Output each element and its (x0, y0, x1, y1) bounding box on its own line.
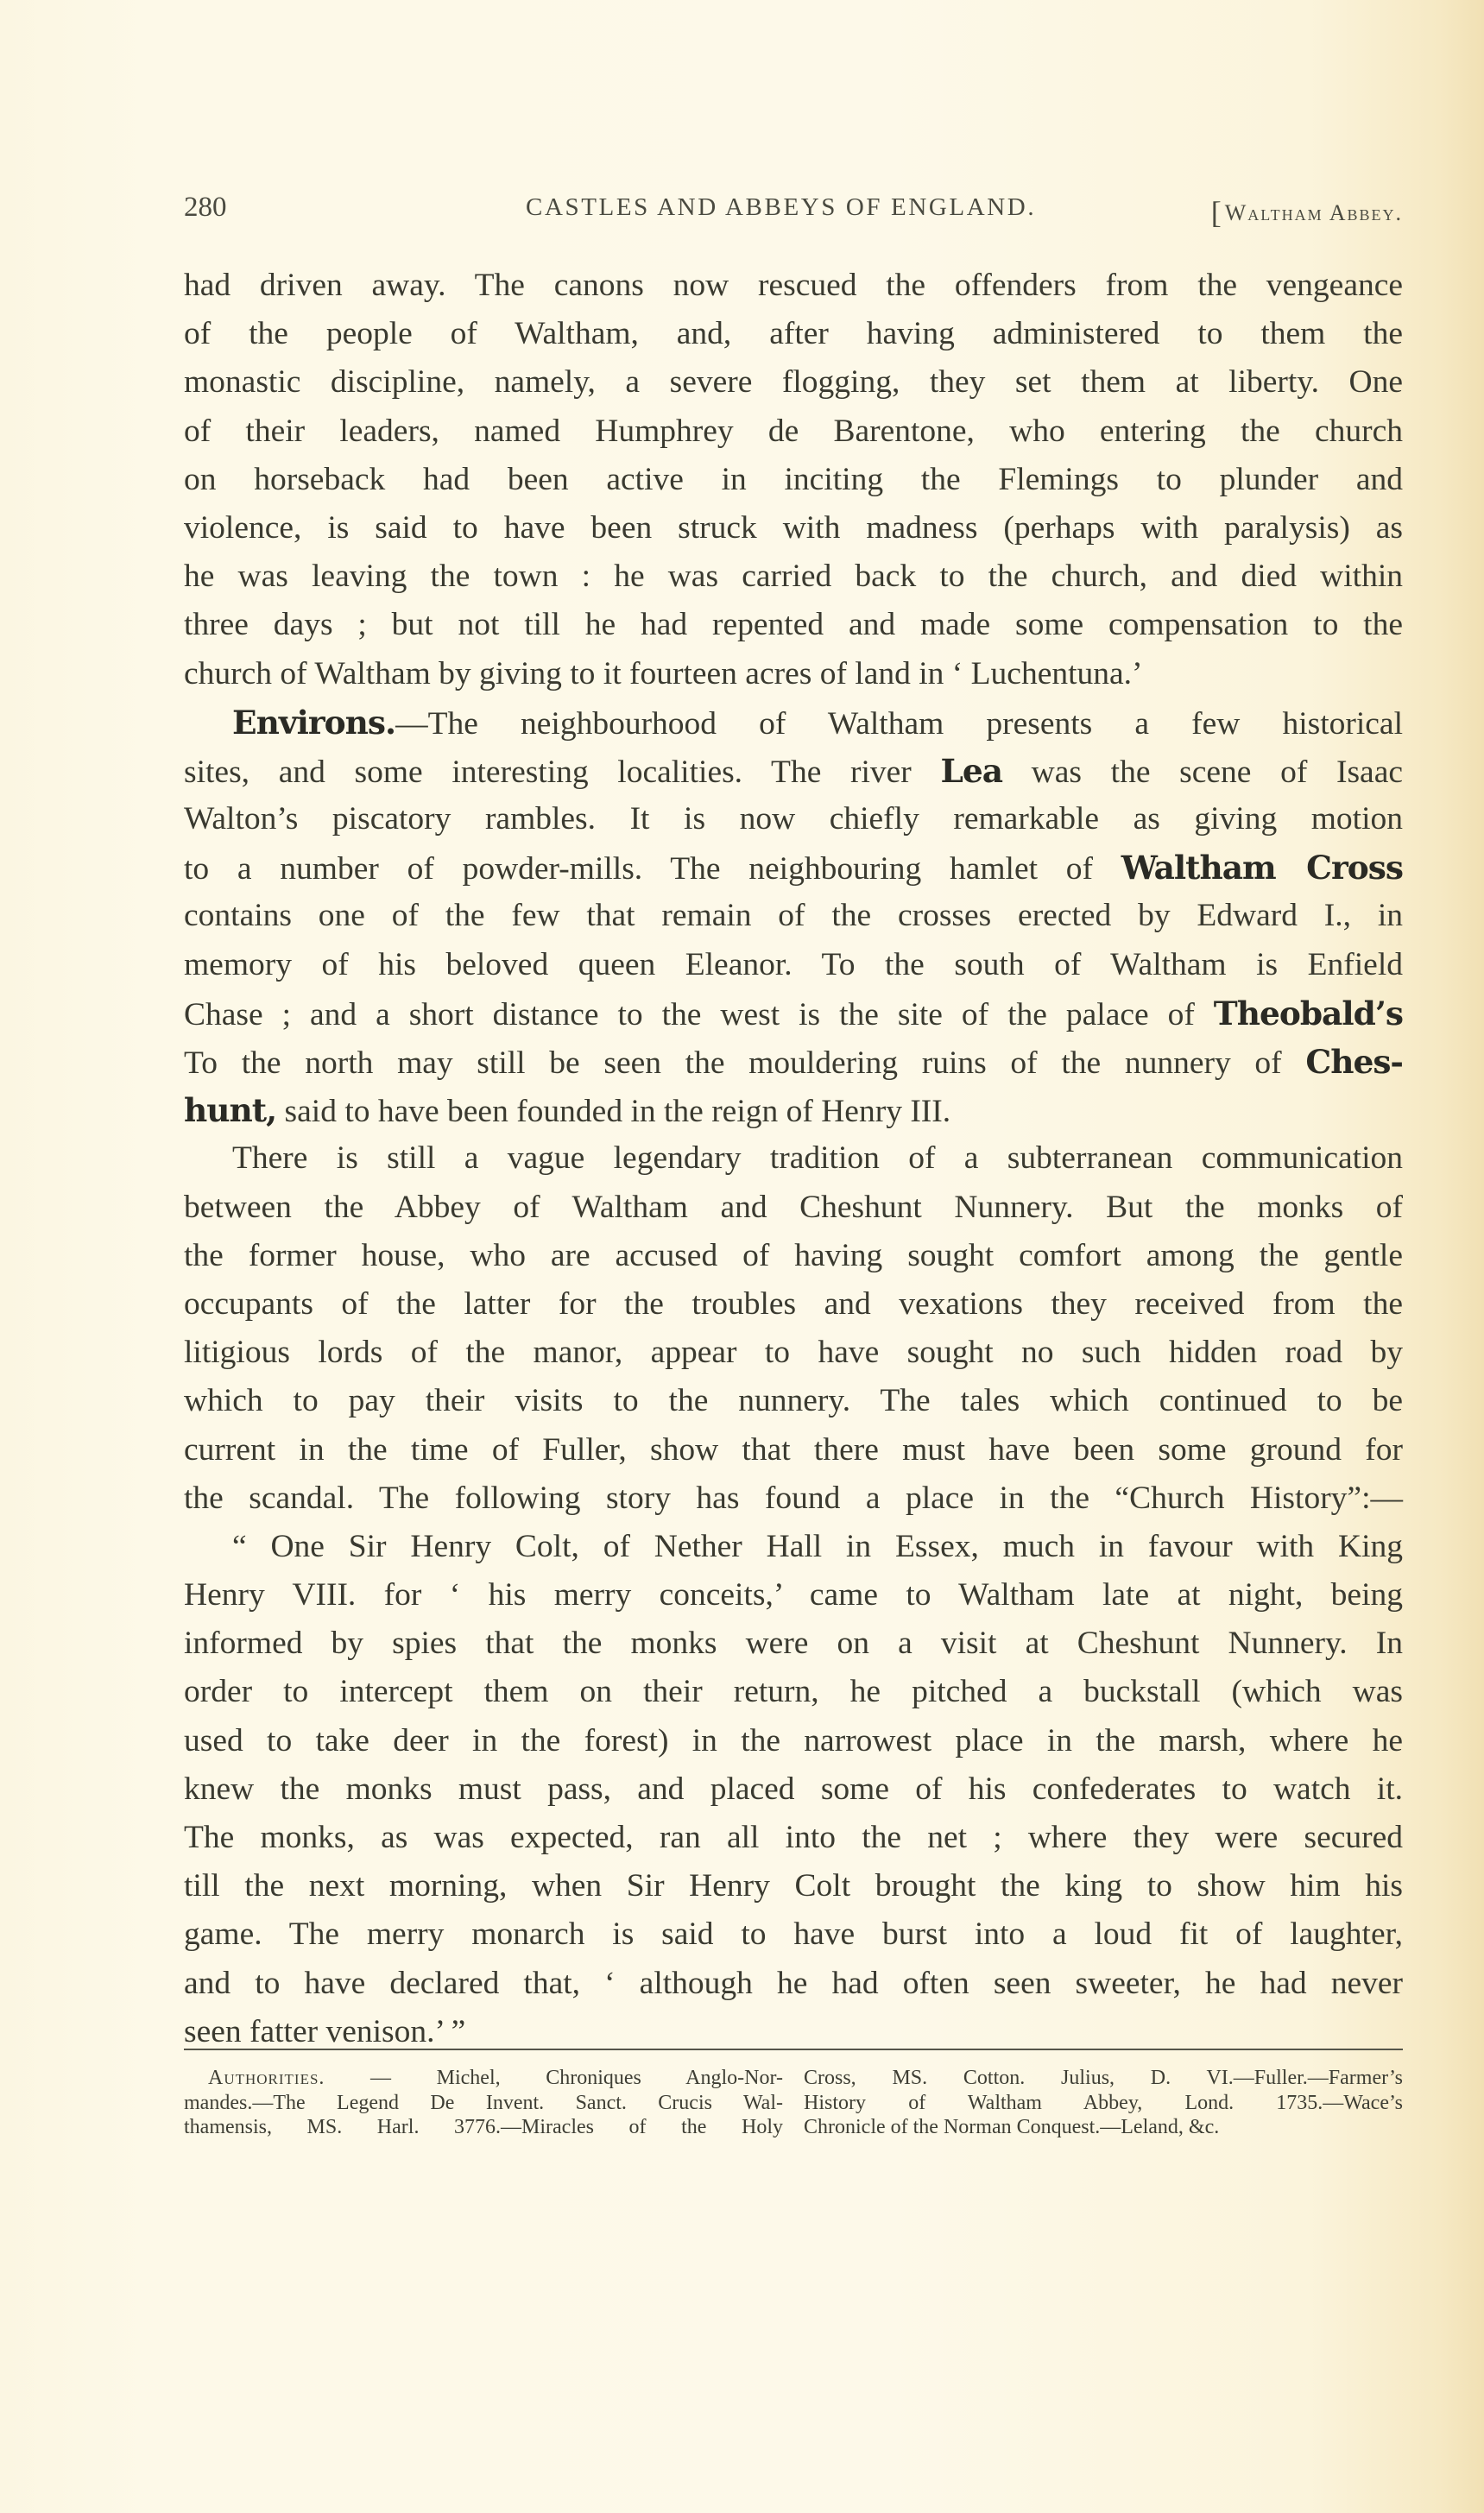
text-line: church of Waltham by giving to it fourte… (184, 650, 1403, 698)
text-line: the scandal. The following story has fou… (184, 1474, 1403, 1523)
text-line: of the people of Waltham, and, after hav… (184, 310, 1403, 358)
quote-line: informed by spies that the monks were on… (184, 1620, 1403, 1668)
text-line: between the Abbey of Waltham and Cheshun… (184, 1184, 1403, 1232)
text-line: occupants of the latter for the troubles… (184, 1280, 1403, 1329)
place-cheshunt-cont: hunt, (184, 1091, 276, 1129)
place-lea: Lea (940, 752, 1002, 790)
environs-line: hunt, said to have been founded in the r… (184, 1086, 1403, 1134)
environs-line: to a number of powder-mills. The neighbo… (184, 843, 1403, 892)
page-number: 280 (184, 192, 227, 224)
text-line: litigious lords of the manor, appear to … (184, 1329, 1403, 1377)
footnote-authorities: Authorities. — Michel, Chroniques Anglo-… (184, 2066, 1403, 2140)
footnote-line: Authorities. — Michel, Chroniques Anglo-… (184, 2066, 783, 2091)
quote-line: order to intercept them on their return,… (184, 1668, 1403, 1716)
place-waltham-cross: Waltham Cross (1121, 849, 1403, 887)
quote-line: used to take deer in the forest) in the … (184, 1717, 1403, 1765)
environs-line: Environs.—The neighbourhood of Waltham p… (184, 698, 1403, 747)
section-title: [Waltham Abbey. (1211, 192, 1403, 228)
environs-line: contains one of the few that remain of t… (184, 892, 1403, 940)
environs-line: Chase ; and a short distance to the west… (184, 989, 1403, 1038)
environs-line: Walton’s piscatory rambles. It is now ch… (184, 795, 1403, 843)
book-title: CASTLES AND ABBEYS OF ENGLAND. (526, 193, 1036, 222)
text-line: violence, is said to have been struck wi… (184, 504, 1403, 552)
quote-line: Henry VIII. for ‘ his merry conceits,’ c… (184, 1571, 1403, 1620)
text-line: monastic discipline, namely, a severe fl… (184, 358, 1403, 407)
text-line: he was leaving the town : he was carried… (184, 552, 1403, 601)
section-bracket: [ (1211, 195, 1223, 230)
footnote-right-column: Cross, MS. Cotton. Julius, D. VI.—Fuller… (804, 2066, 1403, 2140)
footnote-line: thamensis, MS. Harl. 3776.—Miracles of t… (184, 2115, 783, 2140)
footnote-line: Chronicle of the Norman Conquest.—Leland… (804, 2115, 1403, 2140)
text-line: current in the time of Fuller, show that… (184, 1426, 1403, 1474)
place-cheshunt: Ches- (1305, 1043, 1403, 1081)
book-page: 280 CASTLES AND ABBEYS OF ENGLAND. [Walt… (0, 0, 1484, 2513)
footnote-line: History of Waltham Abbey, Lond. 1735.—Wa… (804, 2091, 1403, 2116)
environs-line: sites, and some interesting localities. … (184, 747, 1403, 795)
quote-line: till the next morning, when Sir Henry Co… (184, 1862, 1403, 1910)
place-theobalds: Theobald’s (1214, 994, 1403, 1032)
text-line: three days ; but not till he had repente… (184, 601, 1403, 649)
text-line: which to pay their visits to the nunnery… (184, 1377, 1403, 1425)
quote-line: and to have declared that, ‘ although he… (184, 1960, 1403, 2008)
body-text: had driven away. The canons now rescued … (184, 262, 1403, 2056)
quote-line: The monks, as was expected, ran all into… (184, 1814, 1403, 1862)
text-line: had driven away. The canons now rescued … (184, 262, 1403, 310)
text-line: of their leaders, named Humphrey de Bare… (184, 407, 1403, 456)
environs-heading: Environs. (232, 704, 395, 742)
quote-line: “ One Sir Henry Colt, of Nether Hall in … (184, 1523, 1403, 1571)
footnote-line: Cross, MS. Cotton. Julius, D. VI.—Fuller… (804, 2066, 1403, 2091)
footnote-left-column: Authorities. — Michel, Chroniques Anglo-… (184, 2066, 783, 2140)
running-head: 280 CASTLES AND ABBEYS OF ENGLAND. [Walt… (184, 183, 1403, 226)
text-line: on horseback had been active in inciting… (184, 456, 1403, 504)
environs-line: memory of his beloved queen Eleanor. To … (184, 941, 1403, 989)
environs-line: To the north may still be seen the mould… (184, 1038, 1403, 1086)
quote-line: knew the monks must pass, and placed som… (184, 1765, 1403, 1814)
text-line: the former house, who are accused of hav… (184, 1232, 1403, 1280)
footnote-rule (184, 2049, 1403, 2050)
text-line: There is still a vague legendary traditi… (184, 1134, 1403, 1183)
section-name: Waltham Abbey. (1225, 200, 1403, 225)
footnote-label: Authorities. (208, 2067, 325, 2089)
quote-line: game. The merry monarch is said to have … (184, 1910, 1403, 1959)
footnote-line: mandes.—The Legend De Invent. Sanct. Cru… (184, 2091, 783, 2116)
